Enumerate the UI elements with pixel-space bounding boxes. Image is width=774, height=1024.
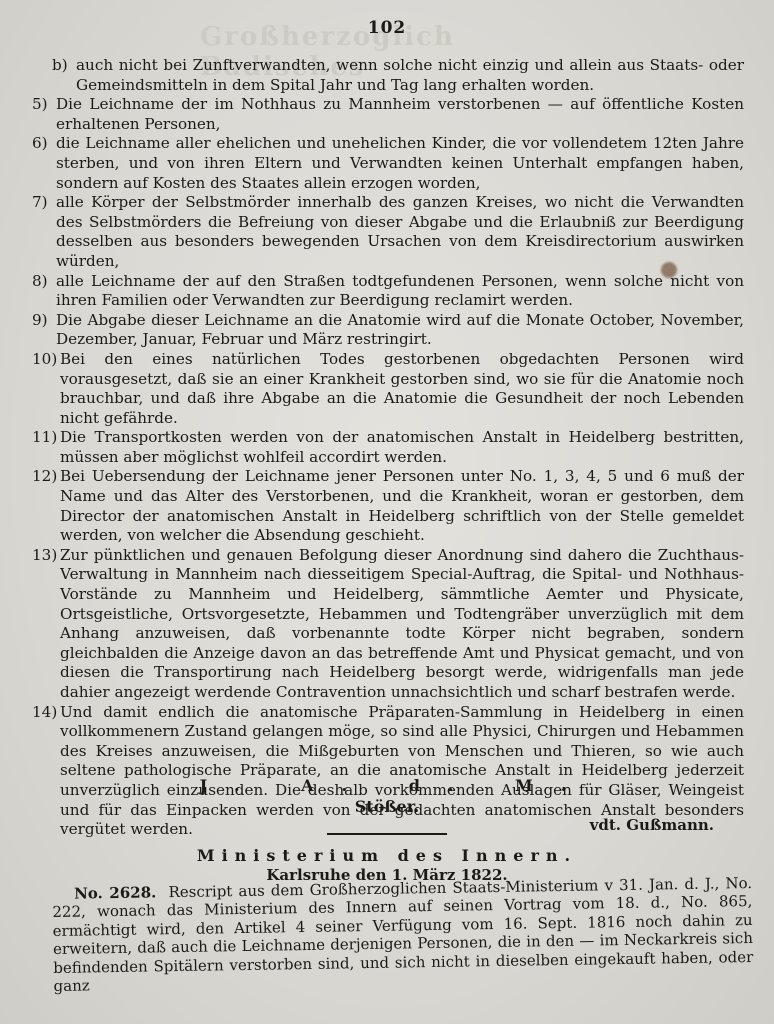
- signature-initials: J. A. d. M.: [20, 776, 774, 795]
- rescript-number: No. 2628.: [74, 883, 156, 902]
- item-number: 9): [32, 311, 56, 350]
- list-item: 5) Die Leichname der im Nothhaus zu Mann…: [32, 95, 744, 134]
- list-item: 13) Zur pünktlichen und genauen Befolgun…: [32, 546, 744, 703]
- signature-name: Stößer.: [0, 797, 774, 816]
- section-title: Ministerium des Innern.: [0, 846, 774, 865]
- item-text: alle Leichname der auf den Straßen todtg…: [56, 272, 744, 311]
- list-item: 6) die Leichname aller ehelichen und une…: [32, 134, 744, 193]
- list-item: 8) alle Leichname der auf den Straßen to…: [32, 272, 744, 311]
- item-number: 13): [32, 546, 60, 703]
- list-item: 9) Die Abgabe dieser Leichname an die An…: [32, 311, 744, 350]
- scanned-page: Großherzoglich Badisches 102 b) auch nic…: [0, 0, 774, 1024]
- item-number: 14): [32, 703, 60, 840]
- list-item: 11) Die Transportkosten werden von der a…: [32, 428, 744, 467]
- rescript-text: Rescript aus dem Großherzoglichen Staats…: [52, 874, 753, 995]
- countersignature: vdt. Gußmann.: [590, 816, 714, 834]
- page-number: 102: [0, 18, 774, 38]
- item-text: Zur pünktlichen und genauen Befolgung di…: [60, 546, 744, 703]
- item-number: 12): [32, 467, 60, 545]
- rescript-paragraph: No. 2628. Rescript aus dem Großherzoglic…: [52, 874, 754, 995]
- item-number: 6): [32, 134, 56, 193]
- item-number: b): [52, 56, 76, 95]
- list-item: 7) alle Körper der Selbstmörder innerhal…: [32, 193, 744, 271]
- item-number: 8): [32, 272, 56, 311]
- item-text: Die Abgabe dieser Leichname an die Anato…: [56, 311, 744, 350]
- item-number: 5): [32, 95, 56, 134]
- item-number: 10): [32, 350, 60, 428]
- list-item: 10) Bei den eines natürlichen Todes gest…: [32, 350, 744, 428]
- item-number: 11): [32, 428, 60, 467]
- list-item: b) auch nicht bei Zunftverwandten, wenn …: [32, 56, 744, 95]
- list-item: 12) Bei Uebersendung der Leichname jener…: [32, 467, 744, 545]
- item-text: Die Leichname der im Nothhaus zu Mannhei…: [56, 95, 744, 134]
- item-text: auch nicht bei Zunftverwandten, wenn sol…: [76, 56, 744, 95]
- item-text: die Leichname aller ehelichen und unehel…: [56, 134, 744, 193]
- ordinance-list: b) auch nicht bei Zunftverwandten, wenn …: [32, 56, 744, 840]
- item-text: Die Transportkosten werden von der anato…: [60, 428, 744, 467]
- signature-block: J. A. d. M. Stößer.: [0, 776, 774, 816]
- item-number: 7): [32, 193, 56, 271]
- item-text: alle Körper der Selbstmörder innerhalb d…: [56, 193, 744, 271]
- section-divider: [327, 833, 447, 835]
- item-text: Bei Uebersendung der Leichname jener Per…: [60, 467, 744, 545]
- item-text: Bei den eines natürlichen Todes gestorbe…: [60, 350, 744, 428]
